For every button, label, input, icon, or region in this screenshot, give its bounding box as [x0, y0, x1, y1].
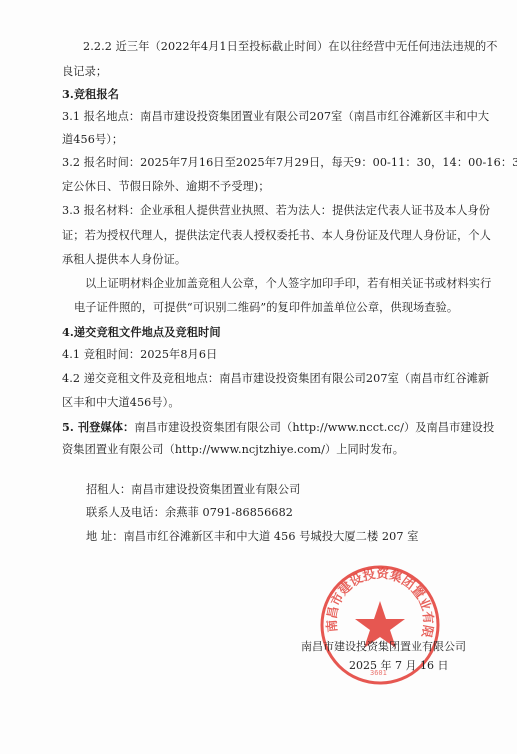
- section-5-line1: 5. 刊登媒体：南昌市建设投资集团有限公司（http://www.ncct.cc…: [62, 420, 494, 435]
- clause-3-2-line1: 3.2 报名时间：2025年7月16日至2025年7月29日，每天9：00-11…: [62, 156, 517, 170]
- clause-4-2-line2: 区丰和中大道456号）。: [62, 396, 180, 410]
- note-line1: 以上证明材料企业加盖竞租人公章，个人签字加印手印，若有相关证书或材料实行: [85, 277, 491, 291]
- document-page: 2.2.2 近三年（2022年4月1日至投标截止时间）在以往经营中无任何违法违规…: [0, 0, 517, 754]
- clause-3-1-line2: 道456号）；: [62, 133, 123, 147]
- clause-3-3-line3: 承租人提供本人身份证。: [62, 253, 186, 267]
- section-5-label: 5. 刊登媒体：: [62, 420, 134, 434]
- clause-3-1-line1: 3.1 报名地点：南昌市建设投资集团置业有限公司207室（南昌市红谷滩新区丰和中…: [62, 110, 489, 124]
- signature-date: 2025 年 7 月 16 日: [349, 659, 448, 673]
- section-5-text: 南昌市建设投资集团有限公司（http://www.ncct.cc/）及南昌市建设…: [134, 421, 494, 434]
- address-line: 地 址：南昌市红谷滩新区丰和中大道 456 号城投大厦二楼 207 室: [86, 530, 419, 544]
- clause-2-2-2-line2: 良记录；: [62, 65, 107, 79]
- note-line2: 电子证件照的，可提供“可识别二维码”的复印件加盖单位公章，供现场查验。: [74, 301, 458, 315]
- section-5-line2: 资集团置业有限公司（http://www.ncjtzhiye.com/）上同时发…: [62, 443, 404, 457]
- clause-2-2-2-line1: 2.2.2 近三年（2022年4月1日至投标截止时间）在以往经营中无任何违法违规…: [83, 40, 498, 54]
- clause-4-1: 4.1 竞租时间：2025年8月6日: [62, 348, 217, 362]
- section-3-heading: 3.竞租报名: [62, 87, 119, 101]
- clause-3-3-line2: 证；若为授权代理人，提供法定代表人授权委托书、本人身份证及代理人身份证，个人: [62, 229, 491, 243]
- section-4-heading: 4.递交竞租文件地点及竞租时间: [62, 325, 221, 339]
- signature-company: 南昌市建设投资集团置业有限公司: [301, 640, 466, 654]
- clause-3-2-line2: 定公休日、节假日除外、逾期不予受理)；: [62, 180, 270, 194]
- lessor-line: 招租人：南昌市建设投资集团置业有限公司: [86, 483, 300, 497]
- contact-phone-line: 联系人及电话：余燕菲 0791-86856682: [86, 506, 293, 520]
- clause-4-2-line1: 4.2 递交竞租文件及竞租地点：南昌市建设投资集团有限公司207室（南昌市红谷滩…: [62, 372, 489, 386]
- clause-3-3-line1: 3.3 报名材料：企业承租人提供营业执照、若为法人：提供法定代表人证书及本人身份: [62, 204, 490, 218]
